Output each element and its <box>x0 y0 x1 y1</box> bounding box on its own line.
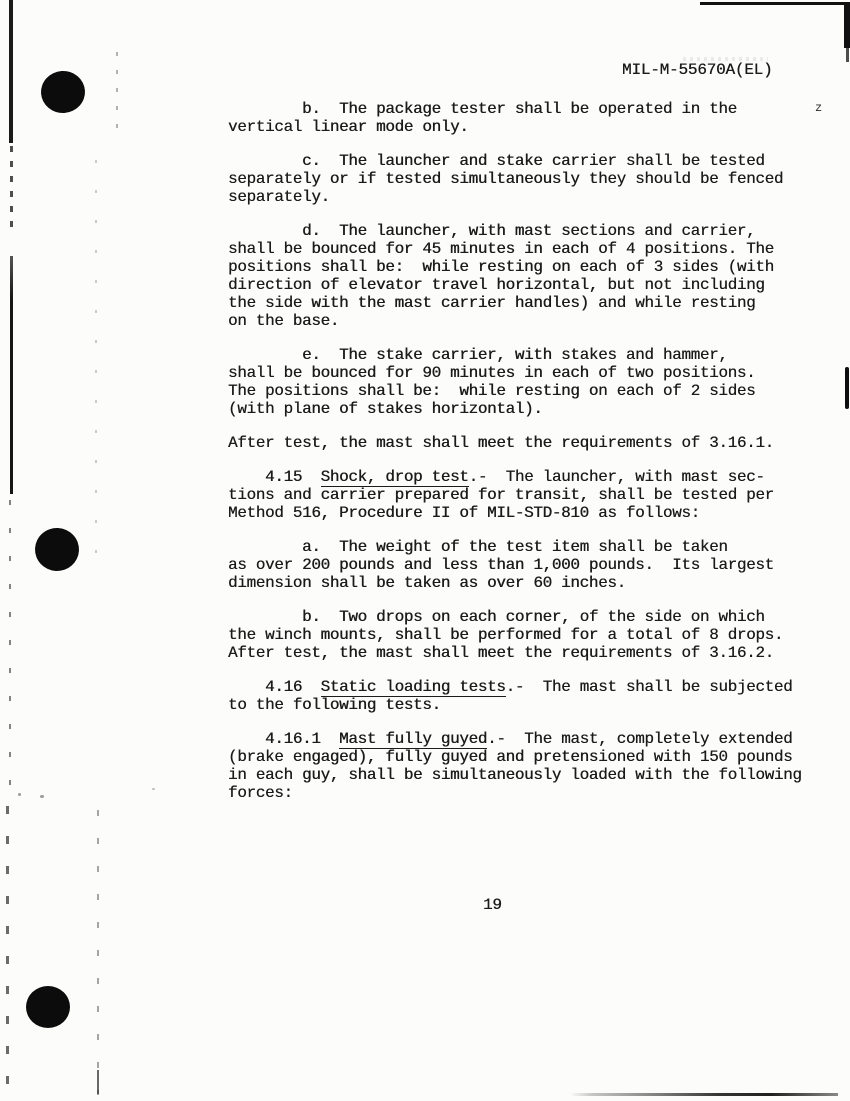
section-title-underlined: Shock, drop test <box>321 468 469 487</box>
document-body: b. The package tester shall be operated … <box>228 100 803 802</box>
para-item-e: e. The stake carrier, with stakes and ha… <box>228 346 803 418</box>
scan-edge-line <box>10 146 13 230</box>
scan-edge-line <box>6 806 9 1094</box>
scan-fold-marks <box>116 52 118 142</box>
section-4-16-1: 4.16.1 Mast fully guyed.- The mast, comp… <box>228 730 803 802</box>
section-title-underlined: Mast fully guyed <box>339 730 487 749</box>
scan-fold-marks <box>97 810 99 1095</box>
bottom-edge-rule <box>570 1093 838 1096</box>
section-title-underlined: Static loading tests <box>321 678 506 697</box>
punch-hole-mark <box>40 70 87 115</box>
corner-rule-side <box>844 2 850 48</box>
paragraph-text: b. The package tester shall be operated … <box>228 100 737 136</box>
scan-speck <box>18 793 21 796</box>
scan-edge-line <box>9 500 11 800</box>
punch-hole-mark <box>34 527 80 572</box>
paragraph-text: b. Two drops on each corner, of the side… <box>228 608 783 662</box>
paragraph-text: a. The weight of the test item shall be … <box>228 538 774 592</box>
scan-edge-line <box>9 0 13 143</box>
page-number: 19 <box>483 896 502 914</box>
para-item-b2: b. Two drops on each corner, of the side… <box>228 608 803 662</box>
document-number: MIL-M-55670A(EL) <box>622 61 772 79</box>
scan-fold-marks <box>95 160 97 560</box>
corner-rule-side <box>846 48 849 62</box>
paragraph-text: d. The launcher, with mast sections and … <box>228 222 774 330</box>
scanned-document-page: MIL-M-55670A(EL) z b. The package tester… <box>0 0 850 1101</box>
para-item-b: b. The package tester shall be operated … <box>228 100 803 136</box>
scan-speck <box>152 788 155 790</box>
paragraph-text: e. The stake carrier, with stakes and ha… <box>228 346 755 418</box>
para-item-a: a. The weight of the test item shall be … <box>228 538 803 592</box>
margin-annotation: z <box>815 101 822 115</box>
scan-fold-marks <box>97 1070 99 1094</box>
section-4-16: 4.16 Static loading tests.- The mast sha… <box>228 678 803 714</box>
para-item-d: d. The launcher, with mast sections and … <box>228 222 803 330</box>
para-item-c: c. The launcher and stake carrier shall … <box>228 152 803 206</box>
corner-rule-top <box>700 2 850 5</box>
section-4-15: 4.15 Shock, drop test.- The launcher, wi… <box>228 468 803 522</box>
right-margin-change-bar <box>845 367 849 409</box>
paragraph-text: After test, the mast shall meet the requ… <box>228 434 774 452</box>
paragraph-text: 4.16.1 <box>228 730 339 748</box>
para-after-test: After test, the mast shall meet the requ… <box>228 434 803 452</box>
paragraph-text: 4.15 <box>228 468 321 486</box>
punch-hole-mark <box>26 986 70 1028</box>
paragraph-text: 4.16 <box>228 678 321 696</box>
scan-speck <box>40 795 44 798</box>
paragraph-text: c. The launcher and stake carrier shall … <box>228 152 783 206</box>
scan-edge-line <box>10 256 13 494</box>
